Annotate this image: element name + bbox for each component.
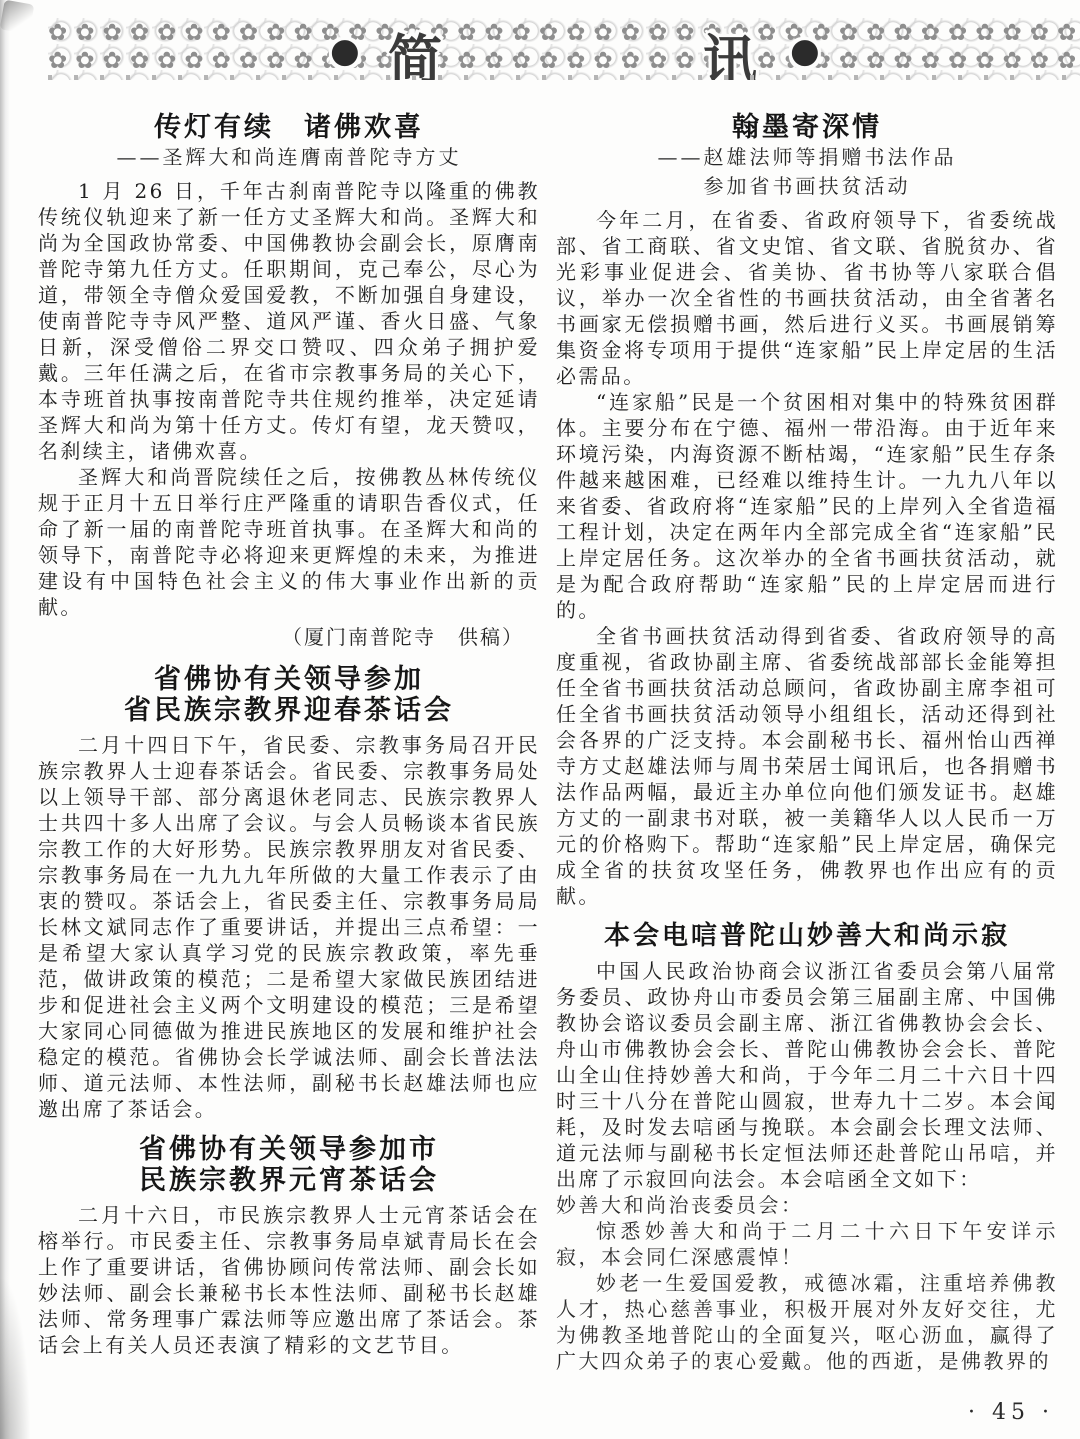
flower-ornament-row: ✿✿✿✿✿✿✿✿✿✿✿✿✿✿✿✿✿✿✿✿✿✿✿✿✿✿✿✿✿✿✿✿✿✿✿✿✿✿✿✿ <box>48 19 1080 47</box>
article-title-line1: 省佛协有关领导参加 <box>38 664 540 695</box>
condolence-letter-paragraph: 妙老一生爱国爱教，戒德冰霜，注重培养佛教人才，热心慈善事业，积极开展对外友好交往… <box>556 1270 1058 1374</box>
scanned-magazine-page: ✿✿✿✿✿✿✿✿✿✿✿✿✿✿✿✿✿✿✿✿✿✿✿✿✿✿✿✿✿✿✿✿✿✿✿✿✿✿✿✿… <box>0 0 1080 1439</box>
article-subtitle-line1: ——赵雄法师等捐赠书法作品 <box>556 143 1058 172</box>
ornamental-header-band: ✿✿✿✿✿✿✿✿✿✿✿✿✿✿✿✿✿✿✿✿✿✿✿✿✿✿✿✿✿✿✿✿✿✿✿✿✿✿✿✿… <box>48 18 1080 80</box>
condolence-letter-salutation: 妙善大和尚治丧委员会： <box>556 1192 1058 1218</box>
article-paragraph: “连家船”民是一个贫困相对集中的特殊贫困群体。主要分布在宁德、福州一带沿海。由于… <box>556 389 1058 623</box>
article-title: 本会电唁普陀山妙善大和尚示寂 <box>556 921 1058 952</box>
article-hanmo: 翰墨寄深情 ——赵雄法师等捐赠书法作品 参加省书画扶贫活动 今年二月，在省委、省… <box>556 112 1058 909</box>
flower-ornament-rows: ✿✿✿✿✿✿✿✿✿✿✿✿✿✿✿✿✿✿✿✿✿✿✿✿✿✿✿✿✿✿✿✿✿✿✿✿✿✿✿✿… <box>48 19 1080 75</box>
article-paragraph: 二月十六日，市民族宗教界人士元宵茶话会在榕举行。市民委主任、宗教事务局卓斌青局长… <box>38 1202 540 1358</box>
article-title-line2: 省民族宗教界迎春茶话会 <box>38 695 540 726</box>
article-title-line2: 民族宗教界元宵茶话会 <box>38 1165 540 1196</box>
article-paragraph: 全省书画扶贫活动得到省委、省政府领导的高度重视，省政协副主席、省委统战部部长金能… <box>556 623 1058 909</box>
flower-ornament-row: ✿✿✿✿✿✿✿✿✿✿✿✿✿✿✿✿✿✿✿✿✿✿✿✿✿✿✿✿✿✿✿✿✿✿✿✿✿✿✿✿ <box>48 47 1080 75</box>
article-subtitle-line2: 参加省书画扶贫活动 <box>556 172 1058 201</box>
article-paragraph: 中国人民政治协商会议浙江省委员会第八届常务委员、政协舟山市委员会第三届副主席、中… <box>556 958 1058 1192</box>
article-paragraph: 二月十四日下午，省民委、宗教事务局召开民族宗教界人士迎春茶话会。省民委、宗教事务… <box>38 732 540 1122</box>
band-dot-right: ● <box>790 31 820 71</box>
article-paragraph: 圣辉大和尚晋院续任之后，按佛教丛林传统仪规于正月十五日举行庄严隆重的请职告香仪式… <box>38 464 540 620</box>
left-column: 传灯有续 诸佛欢喜 ——圣辉大和尚连膺南普陀寺方丈 1 月 26 日，千年古刹南… <box>38 104 540 1358</box>
scan-edge-artifact-left <box>0 0 10 1439</box>
band-title-char-jian: 简 <box>388 18 442 80</box>
article-paragraph: 今年二月，在省委、省政府领导下，省委统战部、省工商联、省文史馆、省文联、省脱贫办… <box>556 207 1058 389</box>
article-yuanxiao: 省佛协有关领导参加市 民族宗教界元宵茶话会 二月十六日，市民族宗教界人士元宵茶话… <box>38 1134 540 1358</box>
right-column: 翰墨寄深情 ——赵雄法师等捐赠书法作品 参加省书画扶贫活动 今年二月，在省委、省… <box>556 104 1058 1374</box>
article-paragraph: 1 月 26 日，千年古刹南普陀寺以隆重的佛教传统仪轨迎来了新一任方丈圣辉大和尚… <box>38 178 540 464</box>
article-title-line1: 省佛协有关领导参加市 <box>38 1134 540 1165</box>
scan-edge-artifact-bottom-left <box>0 1279 30 1439</box>
article-subtitle: ——圣辉大和尚连膺南普陀寺方丈 <box>38 143 540 172</box>
article-dianyan: 本会电唁普陀山妙善大和尚示寂 中国人民政治协商会议浙江省委员会第八届常务委员、政… <box>556 921 1058 1374</box>
condolence-letter-paragraph: 惊悉妙善大和尚于二月二十六日下午安详示寂，本会同仁深感震悼！ <box>556 1218 1058 1270</box>
article-yingchun: 省佛协有关领导参加 省民族宗教界迎春茶话会 二月十四日下午，省民委、宗教事务局召… <box>38 664 540 1122</box>
article-chuandeng: 传灯有续 诸佛欢喜 ——圣辉大和尚连膺南普陀寺方丈 1 月 26 日，千年古刹南… <box>38 112 540 650</box>
article-title: 传灯有续 诸佛欢喜 <box>38 112 540 143</box>
page-number: · 45 · <box>968 1400 1054 1425</box>
article-byline: （厦门南普陀寺 供稿） <box>38 624 540 650</box>
band-dot-left: ● <box>330 31 360 71</box>
scan-edge-artifact-top-left <box>0 0 34 34</box>
article-title: 翰墨寄深情 <box>556 112 1058 143</box>
band-title-char-xun: 讯 <box>703 18 757 80</box>
